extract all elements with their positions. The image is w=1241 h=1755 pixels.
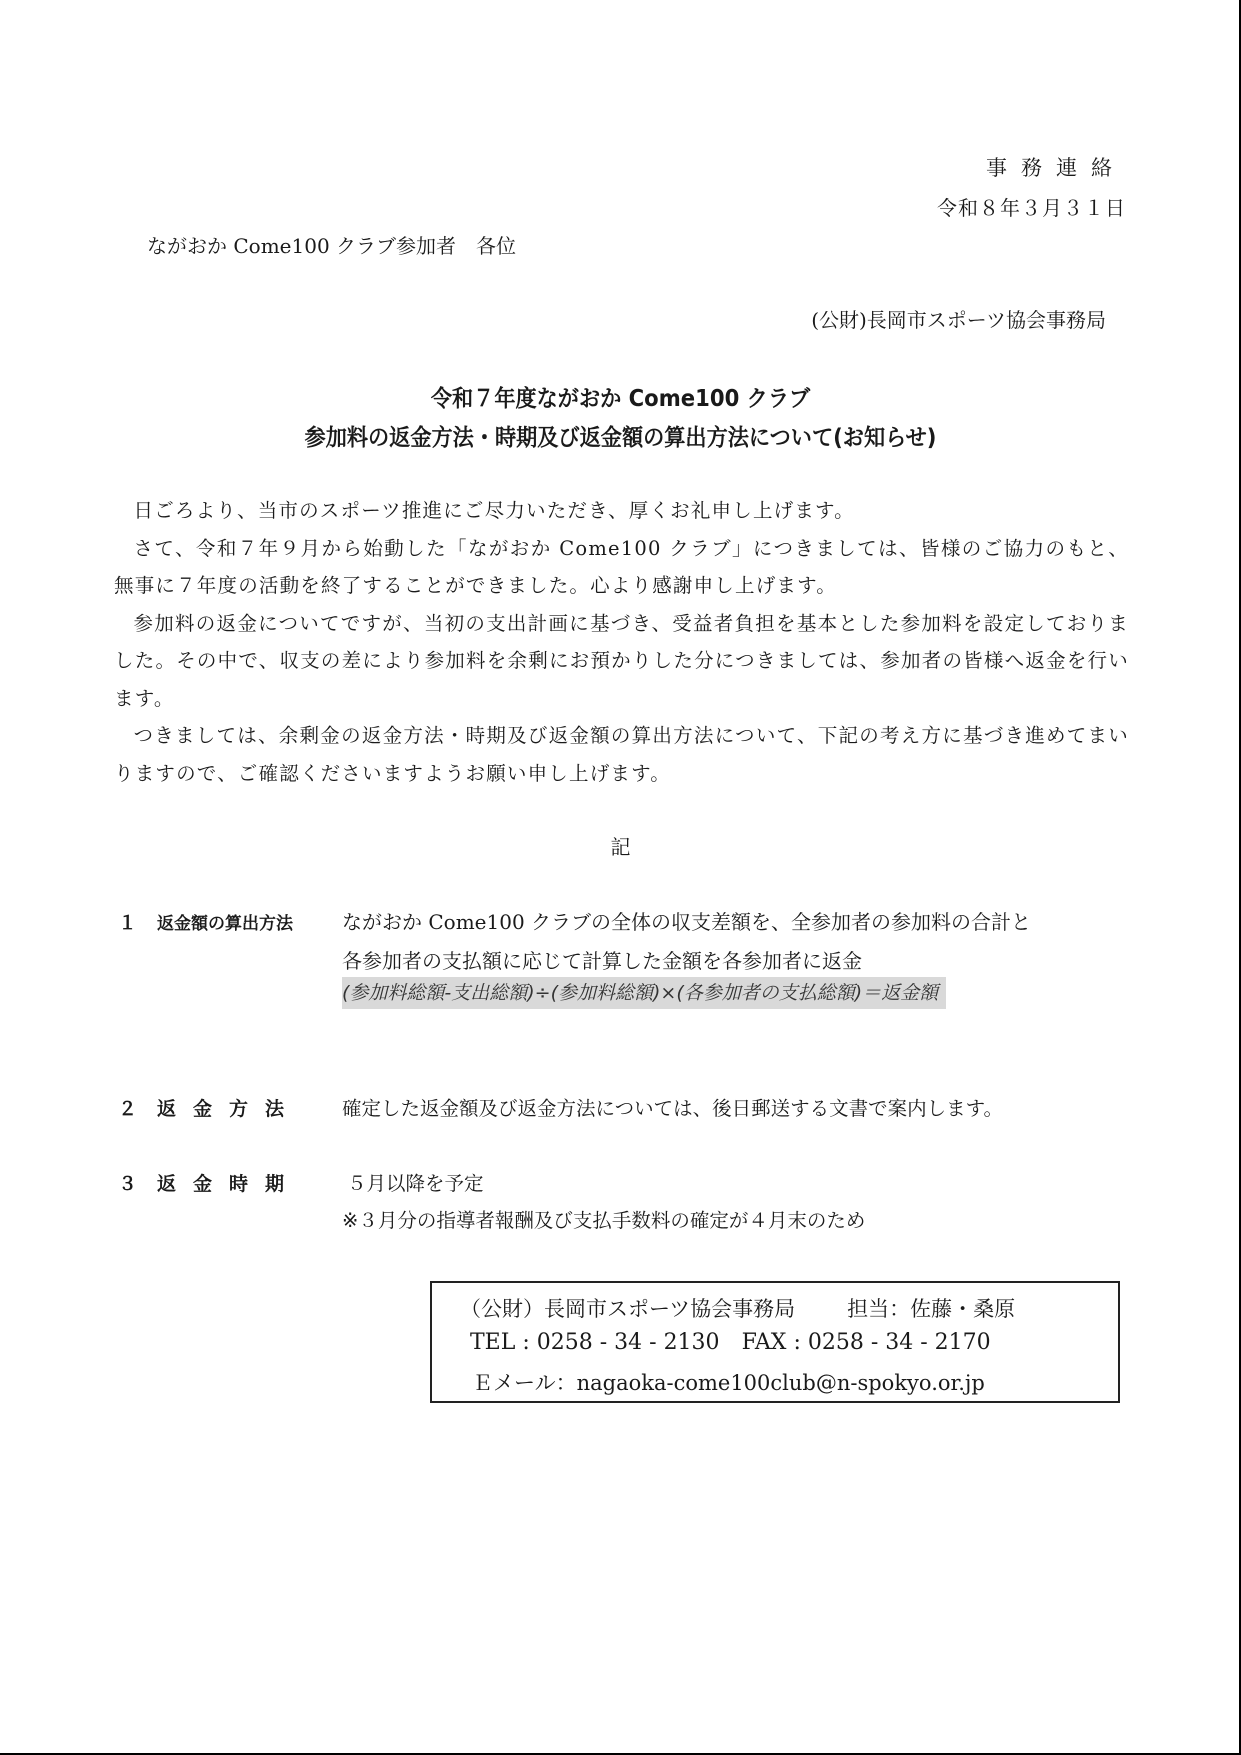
- contact-phone-line: TEL : 0258 - 34 - 2130FAX : 0258 - 34 - …: [470, 1330, 991, 1355]
- item-description: ５月以降を予定: [347, 1168, 484, 1196]
- ki-heading: 記: [0, 831, 1241, 860]
- contact-person: 担当：佐藤・桑原: [847, 1297, 1015, 1321]
- item-label: 返金額の算出方法: [157, 909, 293, 934]
- item-note: ※３月分の指導者報酬及び支払手数料の確定が４月末のため: [342, 1205, 865, 1233]
- body-paragraph: さて、令和７年９月から始動した「ながおか Come100 クラブ」につきましては…: [114, 530, 1129, 605]
- item-number: ３: [118, 1169, 137, 1196]
- item-label: 返金時期: [157, 1169, 301, 1196]
- document-date: 令和８年３月３１日: [937, 192, 1126, 221]
- contact-email[interactable]: Ｅメール：nagaoka-come100club@n-spokyo.or.jp: [472, 1367, 985, 1397]
- item-description: 各参加者の支払額に応じて計算した金額を各参加者に返金: [342, 945, 862, 974]
- contact-org-line: （公財）長岡市スポーツ協会事務局担当：佐藤・桑原: [460, 1293, 1015, 1323]
- refund-formula: (参加料総額-支出総額)÷(参加料総額)×(各参加者の支払総額)＝返金額: [342, 977, 946, 1009]
- body-paragraph: 日ごろより、当市のスポーツ推進にご尽力いただき、厚くお礼申し上げます。: [114, 492, 1129, 530]
- document-type: 事務連絡: [986, 152, 1126, 182]
- contact-organization: （公財）長岡市スポーツ協会事務局: [460, 1297, 795, 1321]
- addressee: ながおか Come100 クラブ参加者 各位: [147, 230, 516, 259]
- title-line-1: 令和７年度ながおか Come100 クラブ: [50, 380, 1192, 413]
- item-number: ２: [118, 1094, 137, 1121]
- item-description: 確定した返金額及び返金方法については、後日郵送する文書で案内します。: [342, 1093, 1003, 1121]
- contact-box: （公財）長岡市スポーツ協会事務局担当：佐藤・桑原 TEL : 0258 - 34…: [430, 1281, 1120, 1403]
- contact-fax: FAX : 0258 - 34 - 2170: [742, 1330, 991, 1355]
- body-paragraph: 参加料の返金についてですが、当初の支出計画に基づき、受益者負担を基本とした参加料…: [114, 605, 1129, 718]
- item-number: １: [118, 908, 137, 935]
- body-paragraph: つきましては、余剰金の返金方法・時期及び返金額の算出方法について、下記の考え方に…: [114, 717, 1129, 792]
- sender: (公財)長岡市スポーツ協会事務局: [811, 304, 1106, 333]
- item-description: ながおか Come100 クラブの全体の収支差額を、全参加者の参加料の合計と: [342, 906, 1031, 935]
- body-text: 日ごろより、当市のスポーツ推進にご尽力いただき、厚くお礼申し上げます。 さて、令…: [114, 492, 1129, 792]
- title-line-2: 参加料の返金方法・時期及び返金額の算出方法について(お知らせ): [50, 419, 1192, 452]
- contact-tel: TEL : 0258 - 34 - 2130: [470, 1330, 720, 1355]
- item-label: 返金方法: [157, 1094, 301, 1121]
